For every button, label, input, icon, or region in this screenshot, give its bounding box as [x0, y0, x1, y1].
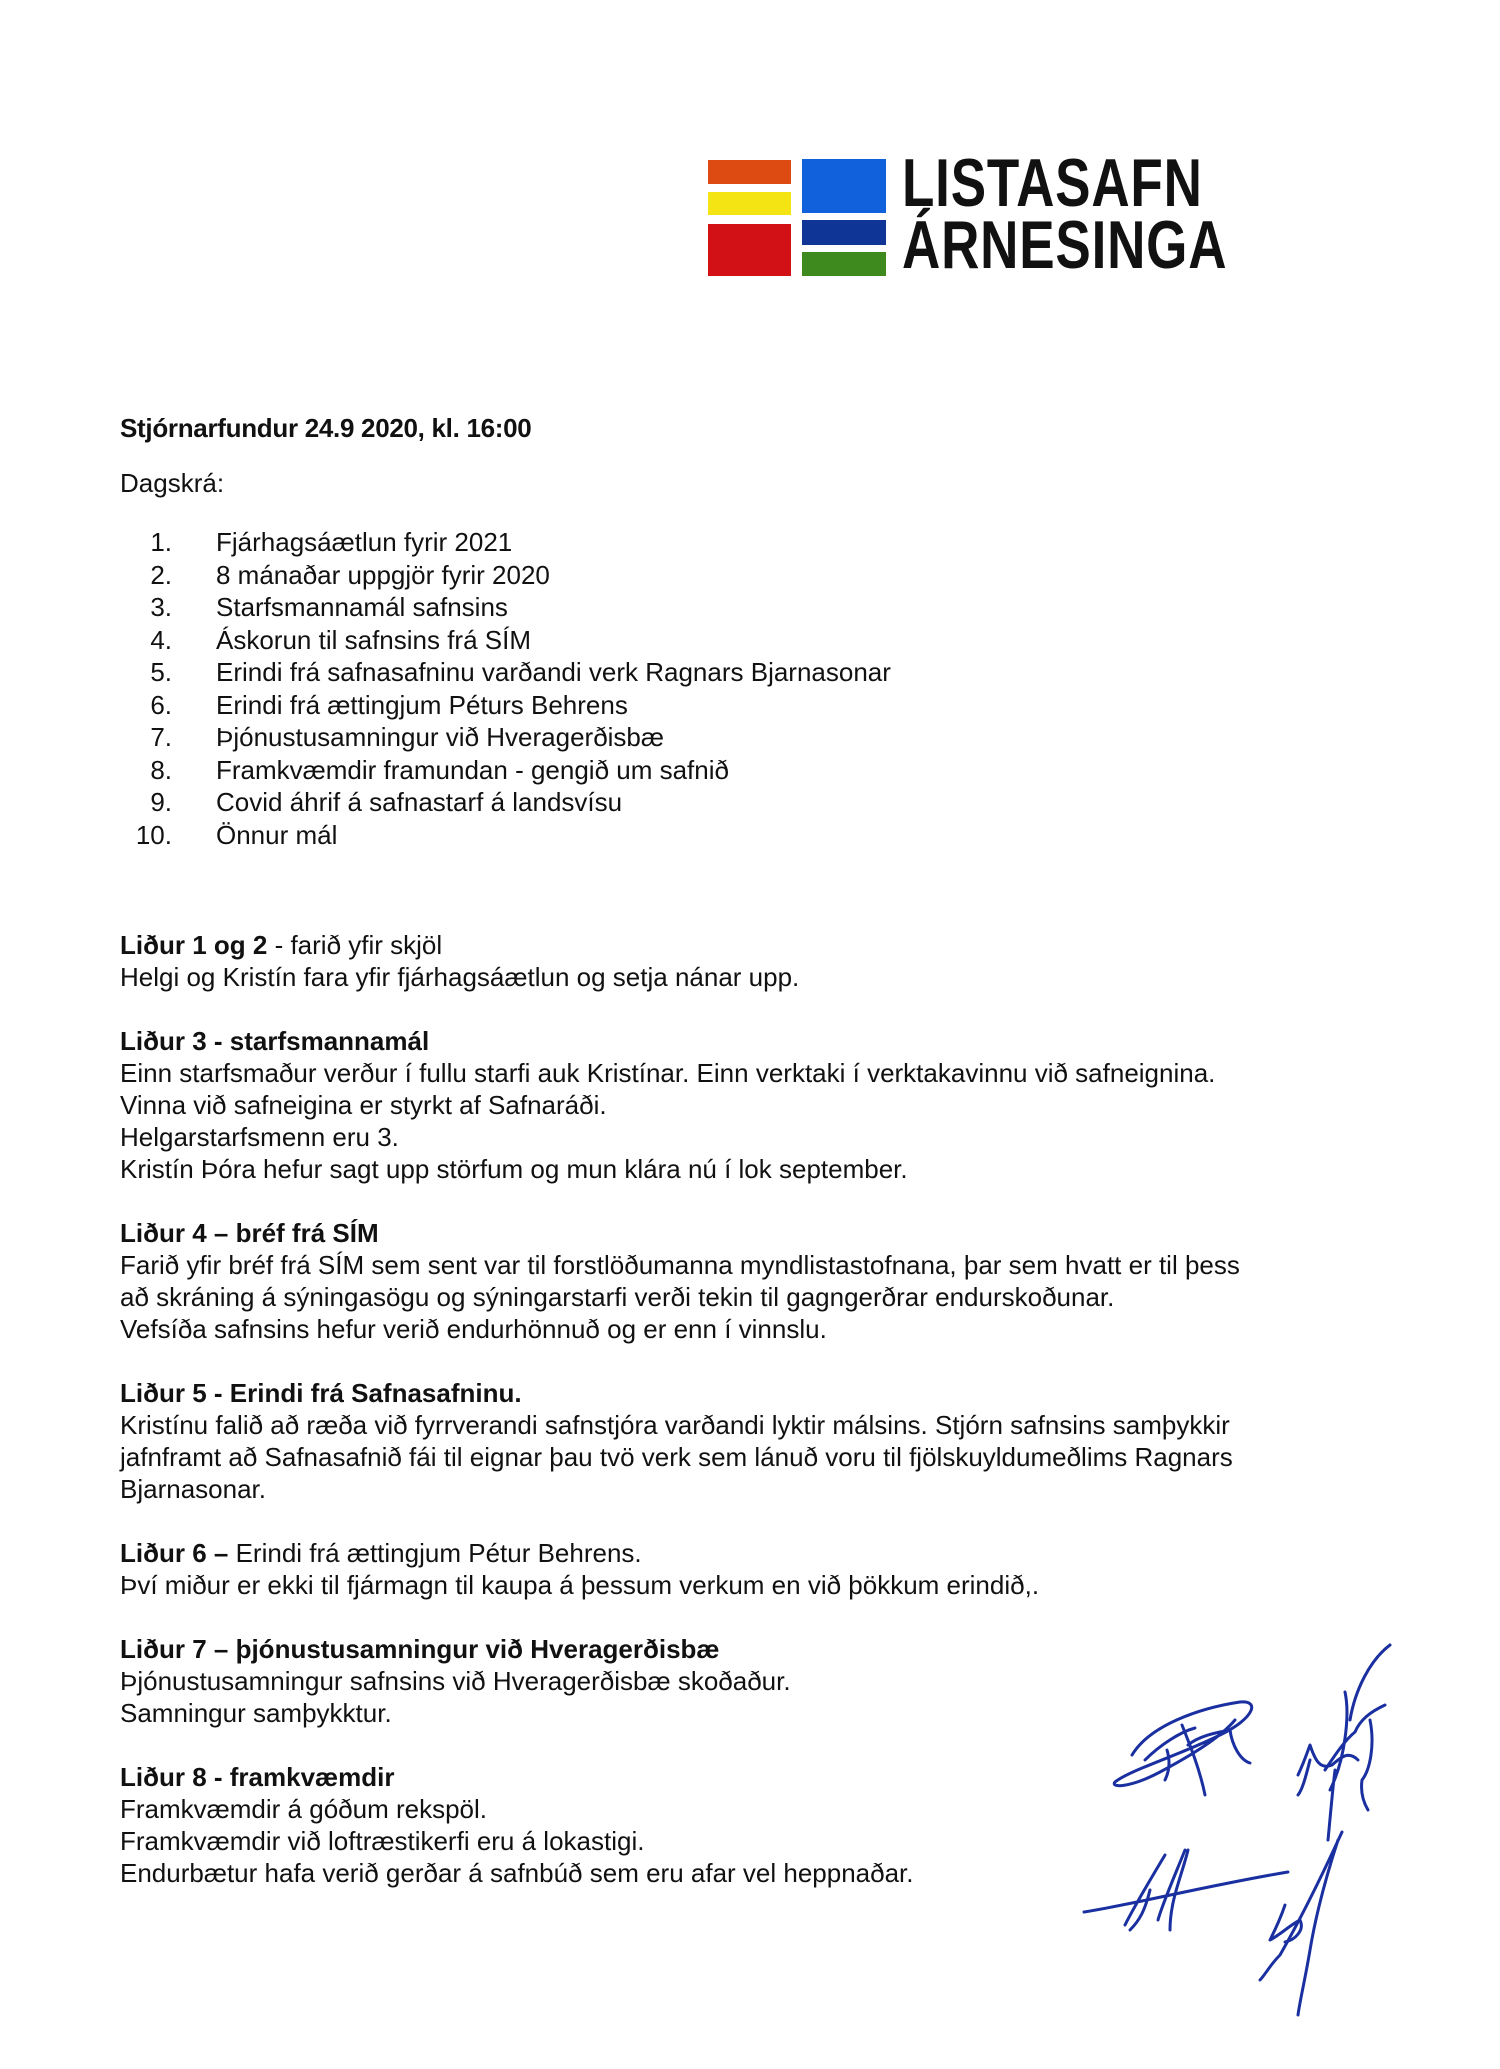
section-line: Því miður er ekki til fjármagn til kaupa…: [120, 1569, 1360, 1601]
agenda-item: 6.Erindi frá ættingjum Péturs Behrens: [120, 689, 1360, 722]
agenda-item-text: Erindi frá ættingjum Péturs Behrens: [216, 690, 628, 720]
section-line: Kristínu falið að ræða við fyrrverandi s…: [120, 1409, 1360, 1441]
agenda-item-text: Önnur mál: [216, 820, 337, 850]
section-heading-bold: Liður 7 – þjónustusamningur við Hverager…: [120, 1634, 720, 1664]
agenda-item-number: 8.: [120, 754, 172, 787]
museum-logo: LISTASAFN ÁRNESINGA: [708, 158, 1248, 280]
section-heading-bold: Liður 8 - framkvæmdir: [120, 1762, 395, 1792]
section-heading-bold: Liður 3 - starfsmannamál: [120, 1026, 429, 1056]
section-heading: Liður 1 og 2 - farið yfir skjöl: [120, 929, 1360, 961]
section-heading: Liður 6 – Erindi frá ættingjum Pétur Beh…: [120, 1537, 1360, 1569]
signature-1: [1114, 1702, 1251, 1795]
signature-strokes: [1070, 1620, 1430, 2020]
agenda-item: 5.Erindi frá safnasafninu varðandi verk …: [120, 656, 1360, 689]
agenda-item-number: 4.: [120, 624, 172, 657]
agenda-item: 10.Önnur mál: [120, 819, 1360, 852]
section-line: Kristín Þóra hefur sagt upp störfum og m…: [120, 1153, 1360, 1185]
signatures: [1070, 1620, 1430, 2020]
signature-2: [1298, 1645, 1390, 1840]
minutes-section: Liður 3 - starfsmannamálEinn starfsmaður…: [120, 1025, 1360, 1185]
agenda-label: Dagskrá:: [120, 467, 1360, 499]
agenda-item-text: Áskorun til safnsins frá SÍM: [216, 625, 531, 655]
section-line: Helgarstarfsmenn eru 3.: [120, 1121, 1360, 1153]
section-line: Einn starfsmaður verður í fullu starfi a…: [120, 1057, 1360, 1089]
section-line: jafnframt að Safnasafnið fái til eignar …: [120, 1441, 1360, 1473]
section-heading-bold: Liður 4 – bréf frá SÍM: [120, 1218, 379, 1248]
agenda-item-text: Fjárhagsáætlun fyrir 2021: [216, 527, 512, 557]
agenda-item-number: 5.: [120, 656, 172, 689]
section-heading-bold: Liður 1 og 2: [120, 930, 267, 960]
section-heading: Liður 3 - starfsmannamál: [120, 1025, 1360, 1057]
minutes-section: Liður 1 og 2 - farið yfir skjölHelgi og …: [120, 929, 1360, 993]
agenda-item-number: 10.: [120, 819, 172, 852]
agenda-item-number: 1.: [120, 526, 172, 559]
agenda-item: 9.Covid áhrif á safnastarf á landsvísu: [120, 786, 1360, 819]
logo-block-blue: [802, 159, 886, 213]
section-heading: Liður 5 - Erindi frá Safnasafninu.: [120, 1377, 1360, 1409]
signature-4: [1260, 1832, 1342, 2015]
section-heading-bold: Liður 6 –: [120, 1538, 228, 1568]
agenda-item: 1.Fjárhagsáætlun fyrir 2021: [120, 526, 1360, 559]
agenda-item-text: 8 mánaðar uppgjör fyrir 2020: [216, 560, 550, 590]
agenda-item: 4.Áskorun til safnsins frá SÍM: [120, 624, 1360, 657]
section-line: Farið yfir bréf frá SÍM sem sent var til…: [120, 1249, 1360, 1281]
minutes-section: Liður 5 - Erindi frá Safnasafninu.Kristí…: [120, 1377, 1360, 1505]
agenda-list: 1.Fjárhagsáætlun fyrir 20212.8 mánaðar u…: [120, 526, 1360, 851]
agenda-item-number: 2.: [120, 559, 172, 592]
agenda-item-text: Erindi frá safnasafninu varðandi verk Ra…: [216, 657, 891, 687]
signature-3: [1084, 1850, 1288, 1930]
section-line: Vinna við safneigina er styrkt af Safnar…: [120, 1089, 1360, 1121]
section-line: að skráning á sýningasögu og sýningarsta…: [120, 1281, 1360, 1313]
agenda-item: 3.Starfsmannamál safnsins: [120, 591, 1360, 624]
section-heading: Liður 4 – bréf frá SÍM: [120, 1217, 1360, 1249]
agenda-item: 2.8 mánaðar uppgjör fyrir 2020: [120, 559, 1360, 592]
agenda-item-number: 6.: [120, 689, 172, 722]
logo-wordmark: LISTASAFN ÁRNESINGA: [902, 152, 1227, 276]
logo-line-1: LISTASAFN: [902, 152, 1227, 214]
section-line: Vefsíða safnsins hefur verið endurhönnuð…: [120, 1313, 1360, 1345]
agenda-item-number: 9.: [120, 786, 172, 819]
logo-line-2: ÁRNESINGA: [902, 214, 1227, 276]
document-title: Stjórnarfundur 24.9 2020, kl. 16:00: [120, 412, 1360, 444]
section-heading-bold: Liður 5 - Erindi frá Safnasafninu.: [120, 1378, 522, 1408]
section-line: Helgi og Kristín fara yfir fjárhagsáætlu…: [120, 961, 1360, 993]
minutes-section: Liður 4 – bréf frá SÍMFarið yfir bréf fr…: [120, 1217, 1360, 1345]
agenda-item: 8.Framkvæmdir framundan - gengið um safn…: [120, 754, 1360, 787]
agenda-item-number: 3.: [120, 591, 172, 624]
section-heading-rest: - farið yfir skjöl: [267, 930, 442, 960]
agenda-item-number: 7.: [120, 721, 172, 754]
agenda-item: 7.Þjónustusamningur við Hveragerðisbæ: [120, 721, 1360, 754]
logo-block-red: [708, 224, 791, 276]
logo-block-orange: [708, 160, 791, 184]
agenda-item-text: Covid áhrif á safnastarf á landsvísu: [216, 787, 622, 817]
agenda-item-text: Starfsmannamál safnsins: [216, 592, 508, 622]
agenda-item-text: Þjónustusamningur við Hveragerðisbæ: [216, 722, 664, 752]
logo-block-green: [802, 252, 886, 276]
logo-block-navy: [802, 220, 886, 245]
agenda-item-text: Framkvæmdir framundan - gengið um safnið: [216, 755, 729, 785]
section-line: Bjarnasonar.: [120, 1473, 1360, 1505]
logo-block-yellow: [708, 192, 791, 215]
minutes-section: Liður 6 – Erindi frá ættingjum Pétur Beh…: [120, 1537, 1360, 1601]
section-heading-rest: Erindi frá ættingjum Pétur Behrens.: [228, 1538, 641, 1568]
